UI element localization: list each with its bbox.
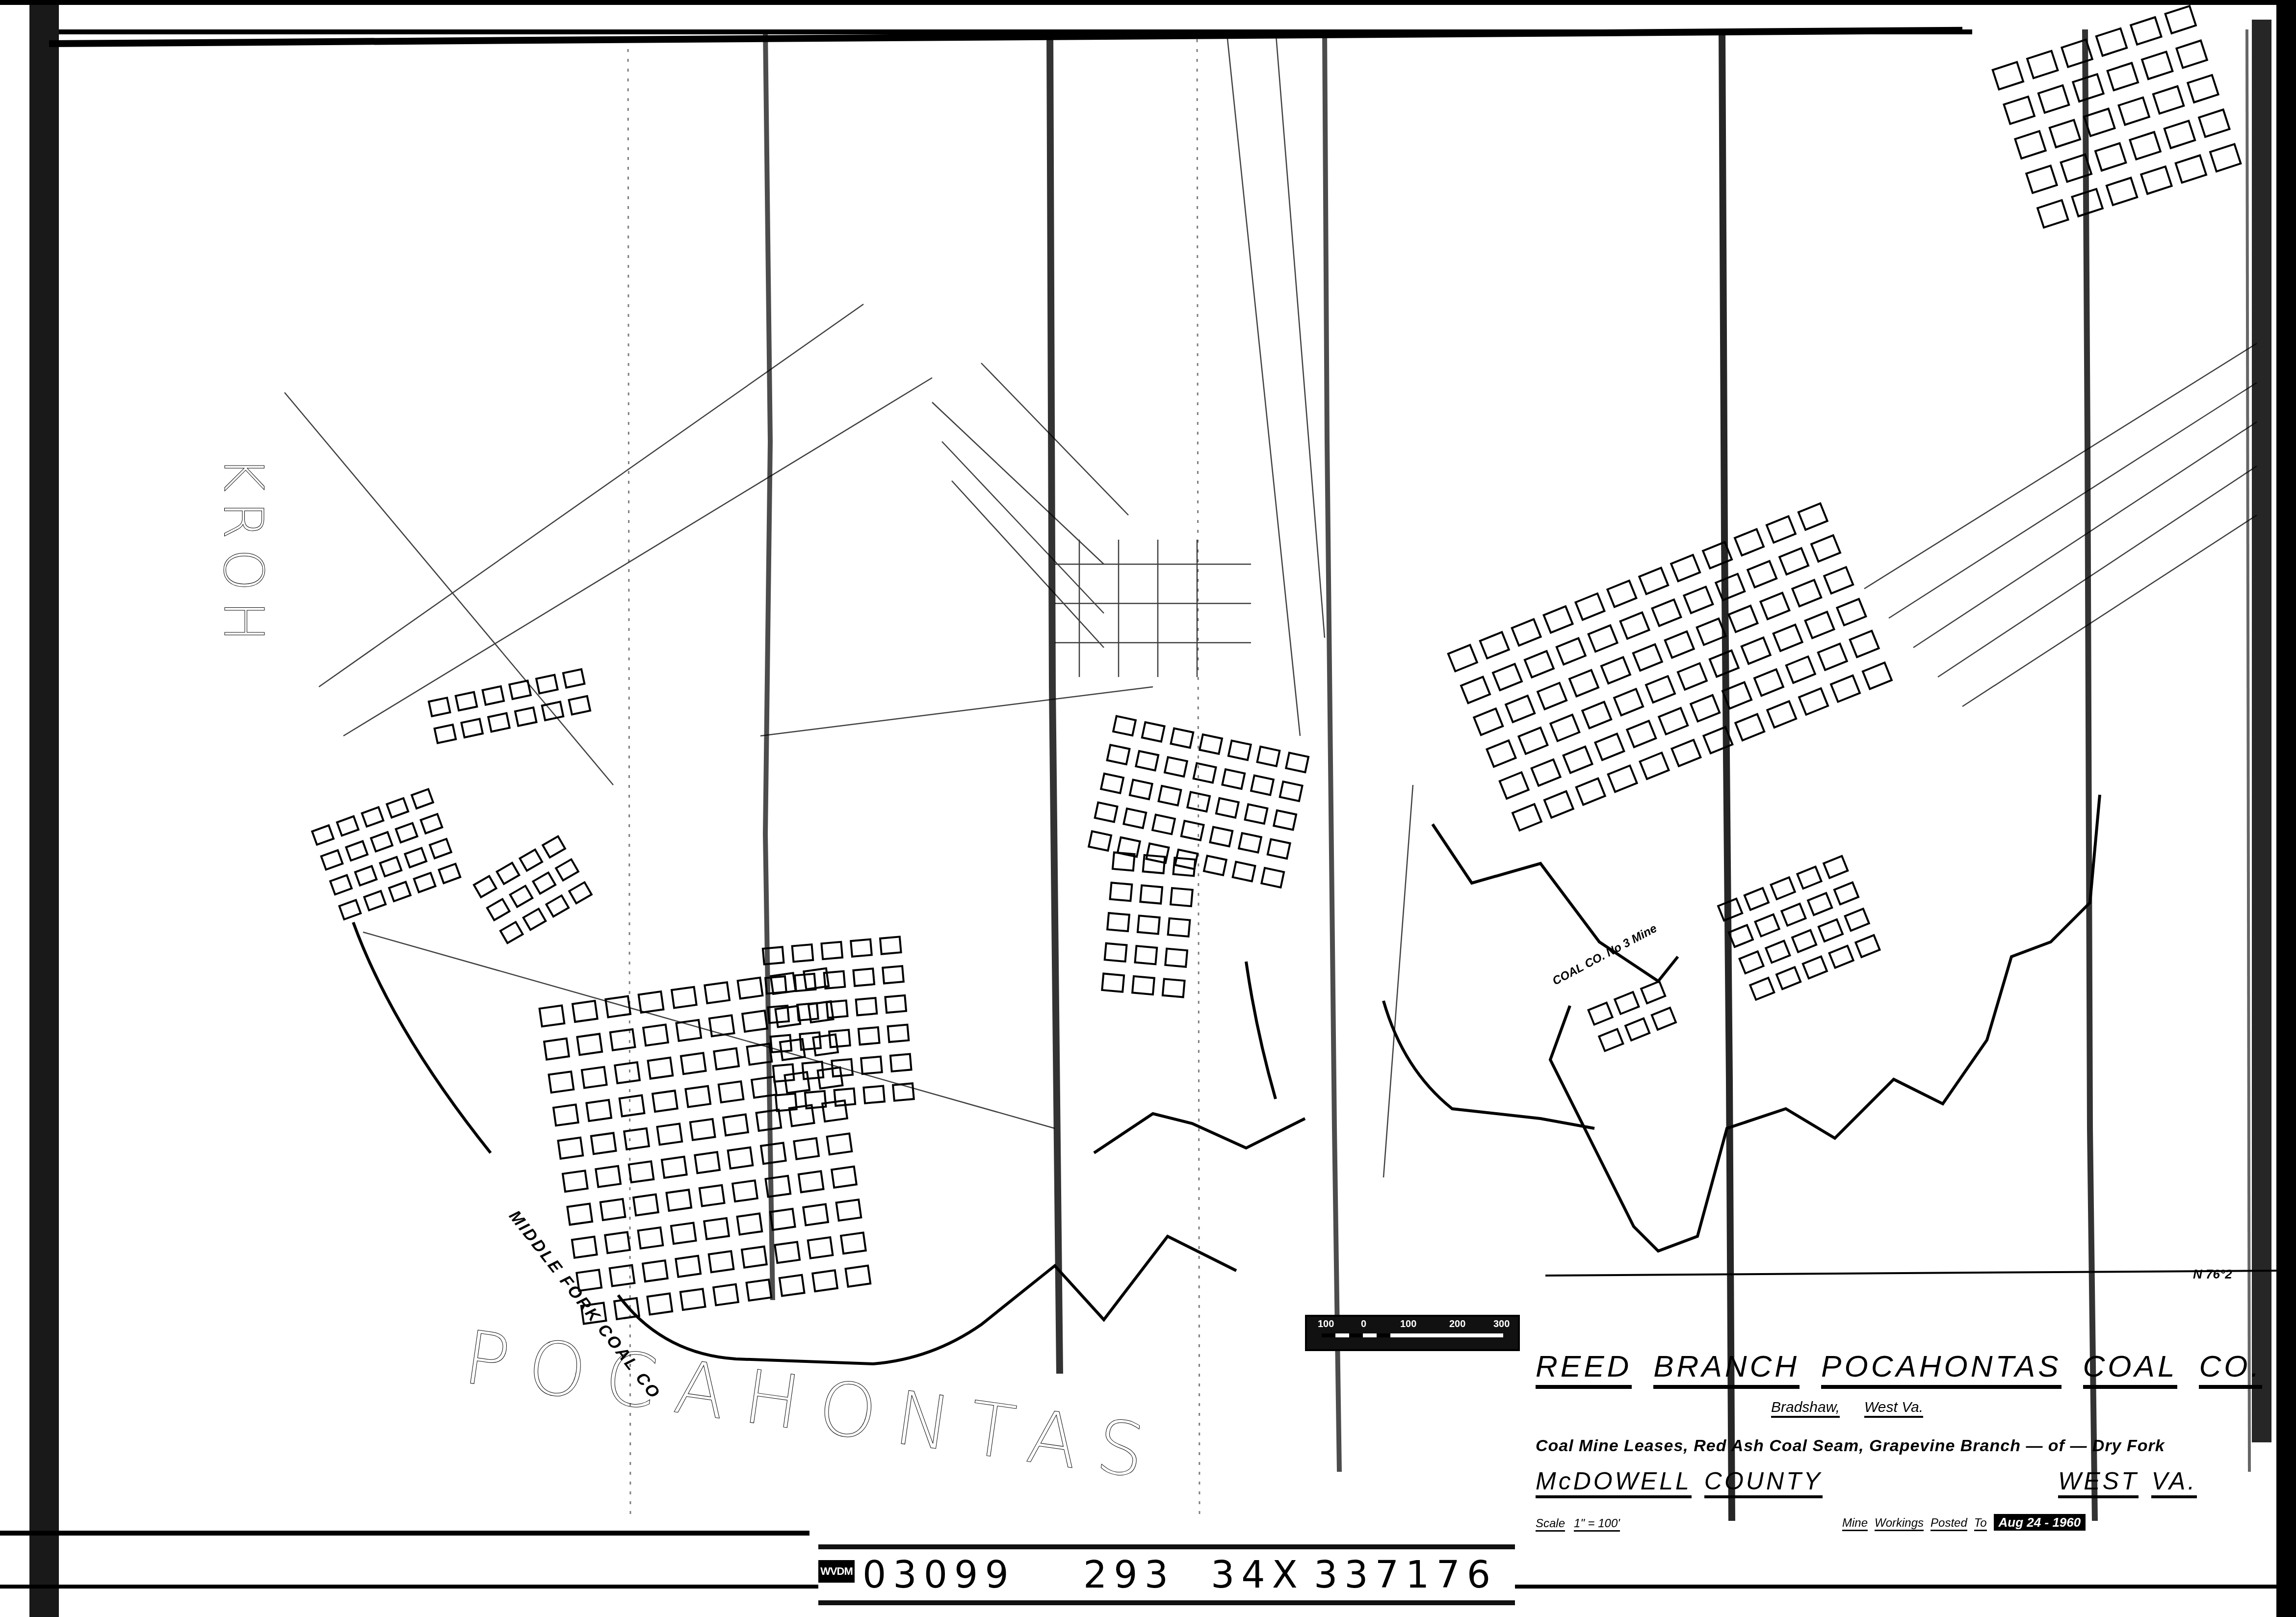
location: Bradshaw,West Va.	[1771, 1399, 1948, 1418]
location-town: Bradshaw,	[1771, 1399, 1840, 1418]
archive-id-strip: WVDM 03099 293 34X 337176	[818, 1544, 1515, 1605]
graphic-scale-bar: 100 0 100 200 300	[1305, 1315, 1520, 1351]
scale-word: Scale	[1536, 1517, 1565, 1532]
company-word: POCAHONTAS	[1821, 1349, 2061, 1389]
property-boundary	[353, 795, 2100, 1364]
location-state: West Va.	[1864, 1399, 1923, 1418]
county: McDOWELLCOUNTY	[1536, 1467, 1835, 1498]
company-word: BRANCH	[1653, 1349, 1800, 1389]
company-name: REEDBRANCHPOCAHONTASCOALCO.	[1536, 1349, 2284, 1389]
scale-label: 300	[1493, 1319, 1510, 1330]
scale-bar-track	[1322, 1333, 1503, 1337]
handwritten-kroh: KROH	[212, 456, 275, 652]
map-sheet: POCAHONTAS KROH MIDDLE FORK COAL CO COAL…	[0, 0, 2296, 1617]
posted-date: Aug 24 - 1960	[1994, 1514, 2086, 1531]
fold-streaks	[628, 29, 2249, 1521]
state-word: VA.	[2151, 1467, 2197, 1498]
scale-label: 0	[1361, 1319, 1366, 1330]
county-word: McDOWELL	[1536, 1467, 1692, 1498]
posted-word: To	[1974, 1516, 1987, 1531]
archive-badge: WVDM	[818, 1560, 855, 1583]
county-word: COUNTY	[1704, 1467, 1823, 1498]
scale-note: Scale1" = 100'	[1536, 1517, 1629, 1531]
reference-line	[1545, 1271, 2276, 1276]
scale-label: 100	[1400, 1319, 1416, 1330]
archive-id-segment: 337176	[1314, 1555, 1497, 1594]
scale-value: 1" = 100'	[1574, 1517, 1620, 1532]
archive-id-segment: 34X	[1211, 1555, 1305, 1594]
lease-lines	[285, 29, 2257, 1177]
posted-word: Workings	[1875, 1516, 1924, 1531]
state: WESTVA.	[2058, 1467, 2210, 1498]
mine-workings	[312, 6, 2241, 1324]
posted-word: Posted	[1931, 1516, 1967, 1531]
state-word: WEST	[2058, 1467, 2139, 1498]
company-word: COAL	[2083, 1349, 2178, 1389]
north-bearing-label: N 76°2	[2193, 1267, 2232, 1282]
archive-id-segment: 293	[1083, 1555, 1175, 1594]
company-word: CO.	[2199, 1349, 2262, 1389]
scale-label: 100	[1318, 1319, 1334, 1330]
scale-label: 200	[1449, 1319, 1465, 1330]
map-description: Coal Mine Leases, Red Ash Coal Seam, Gra…	[1536, 1436, 2165, 1456]
archive-id-segment: 03099	[862, 1555, 1016, 1594]
posted-word: Mine	[1842, 1516, 1868, 1531]
workings-posted: MineWorkingsPostedToAug 24 - 1960	[1842, 1515, 2086, 1530]
company-word: REED	[1536, 1349, 1632, 1389]
